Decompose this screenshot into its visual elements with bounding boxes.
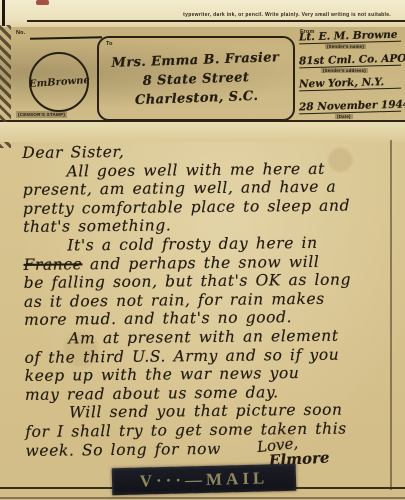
letter-line: for I shall try to get some taken this — [25, 419, 393, 441]
form-bottom-band — [0, 122, 405, 142]
sender-address-block: From Lt. E. M. Browne (Sender's name) 81… — [299, 27, 403, 120]
vmail-letter-scan: typewriter, dark ink, or pencil. Write p… — [0, 0, 405, 500]
printed-instruction-text: typewriter, dark ink, or pencil. Write p… — [100, 12, 391, 18]
censor-signature: EmBrowne — [28, 74, 89, 89]
censored-word: France — [23, 255, 82, 274]
recipient-address-box: To Mrs. Emma B. Frasier 8 State Street C… — [97, 36, 295, 121]
red-ink-smudge — [36, 0, 49, 5]
vmail-logo: V···—MAIL — [112, 464, 297, 495]
sender-unit: 81st Cml. Co. APO 350 — [299, 53, 401, 69]
letter-date: 28 November 1944 — [299, 99, 401, 115]
sender-name: Lt. E. M. Browne — [299, 29, 401, 45]
right-fold-line — [390, 140, 392, 490]
paper-edge-mark — [2, 0, 5, 26]
recipient-address: Mrs. Emma B. Frasier 8 State Street Char… — [98, 48, 294, 112]
to-label: To — [106, 41, 113, 47]
letter-line: week. So long for now — [25, 438, 393, 460]
sender-city: New York, N.Y. — [299, 76, 401, 92]
instruction-underline — [27, 20, 405, 22]
letter-line: be falling soon, but that's OK as long — [24, 270, 392, 292]
footer-rule-2 — [0, 497, 405, 499]
date-caption: (Date) — [335, 114, 353, 119]
letter-body: Dear Sister,All goes well with me here a… — [22, 140, 393, 474]
number-field-label: No. — [16, 30, 25, 36]
sender-name-caption: (Sender's name) — [325, 44, 366, 49]
sender-address-caption: (Sender's address) — [321, 68, 368, 73]
censor-stamp-circle: EmBrowne — [29, 52, 89, 112]
censor-stamp-label: (CENSOR'S STAMP) — [16, 111, 67, 118]
